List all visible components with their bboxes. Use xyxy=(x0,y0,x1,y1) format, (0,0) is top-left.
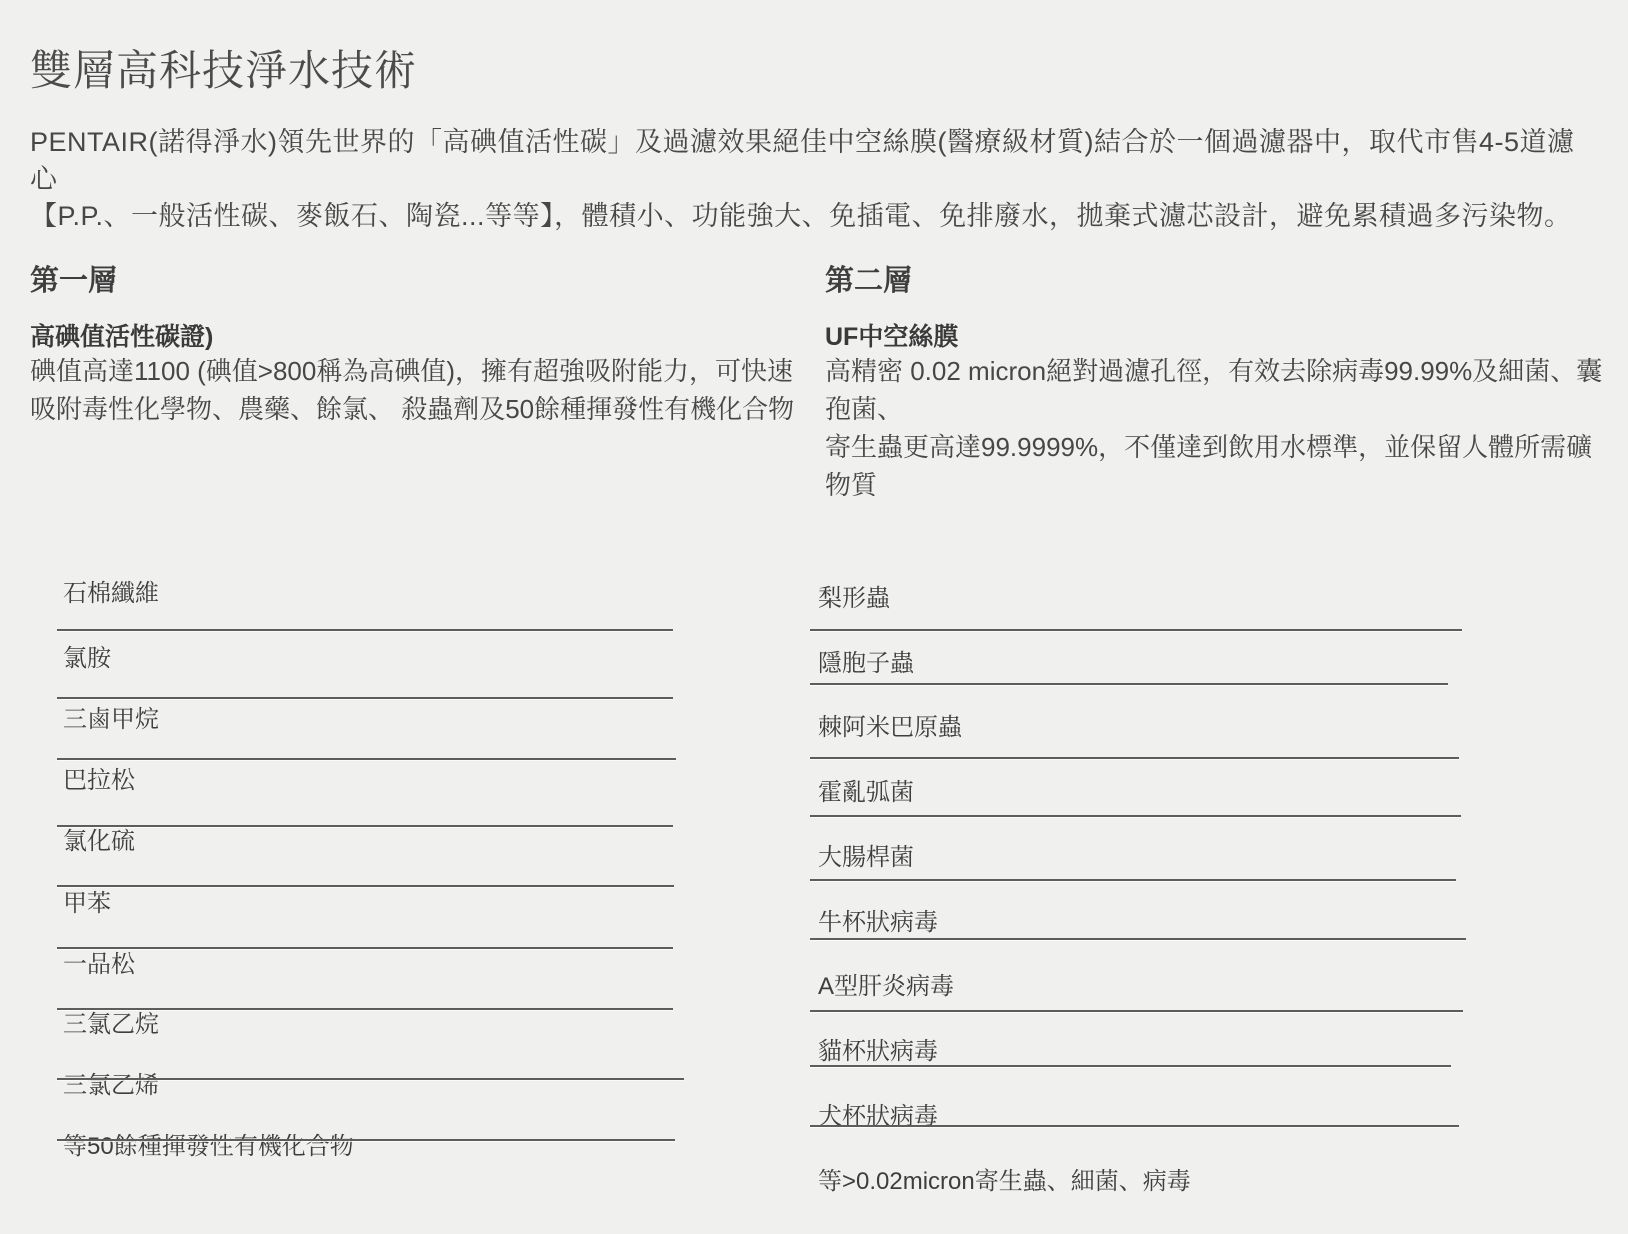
page-title: 雙層高科技淨水技術 xyxy=(30,38,417,98)
row-divider xyxy=(810,1125,1459,1127)
row-divider xyxy=(810,629,1462,631)
list-item: 棘阿米巴原蟲 xyxy=(818,714,962,742)
row-divider xyxy=(57,629,673,631)
row-divider xyxy=(57,947,673,949)
list-item: 等50餘種揮發性有機化合物 xyxy=(63,1133,354,1161)
list-item: A型肝炎病毒 xyxy=(818,973,954,1001)
row-divider xyxy=(57,1078,684,1080)
list-item: 隱胞子蟲 xyxy=(818,650,914,678)
list-item: 氯胺 xyxy=(63,645,111,673)
row-divider xyxy=(810,815,1461,817)
layer-2-description: 高精密 0.02 micron絕對過濾孔徑，有效去除病毒99.99%及細菌、囊孢… xyxy=(825,352,1610,504)
row-divider xyxy=(810,757,1459,759)
layer-1-subtitle: 高碘值活性碳證) xyxy=(30,317,213,353)
list-item: 三鹵甲烷 xyxy=(63,706,159,734)
layer-2-subtitle: UF中空絲膜 xyxy=(825,317,958,353)
row-divider xyxy=(57,825,673,827)
list-item: 貓杯狀病毒 xyxy=(818,1038,938,1066)
row-divider xyxy=(810,683,1448,685)
row-divider xyxy=(57,1008,673,1010)
intro-paragraph: PENTAIR(諾得淨水)領先世界的「高碘值活性碳」及過濾效果絕佳中空絲膜(醫療… xyxy=(30,124,1580,235)
row-divider xyxy=(57,758,676,760)
row-divider xyxy=(810,938,1466,940)
list-item: 石棉纖維 xyxy=(63,580,159,608)
list-item: 氯化硫 xyxy=(63,828,135,856)
list-item: 甲苯 xyxy=(63,890,111,918)
layer-1-description: 碘值高達1100 (碘值>800稱為高碘值)，擁有超強吸附能力，可快速 吸附毒性… xyxy=(30,352,805,428)
product-description-page: 雙層高科技淨水技術 PENTAIR(諾得淨水)領先世界的「高碘值活性碳」及過濾效… xyxy=(0,0,1628,1234)
list-item: 大腸桿菌 xyxy=(818,844,914,872)
row-divider xyxy=(810,1010,1463,1012)
row-divider xyxy=(57,697,673,699)
list-item: 霍亂弧菌 xyxy=(818,779,914,807)
layer-1-label: 第一層 xyxy=(30,258,117,299)
row-divider xyxy=(57,885,674,887)
list-item: 三氯乙烯 xyxy=(63,1072,159,1100)
list-item: 一品松 xyxy=(63,951,135,979)
row-divider xyxy=(810,1065,1451,1067)
layer-2-label: 第二層 xyxy=(825,258,912,299)
list-item: 巴拉松 xyxy=(63,767,135,795)
list-item: 三氯乙烷 xyxy=(63,1011,159,1039)
row-divider xyxy=(810,879,1456,881)
list-item: 牛杯狀病毒 xyxy=(818,909,938,937)
list-item: 梨形蟲 xyxy=(818,585,890,613)
row-divider xyxy=(57,1139,675,1141)
list-item: 等>0.02micron寄生蟲、細菌、病毒 xyxy=(818,1168,1191,1196)
